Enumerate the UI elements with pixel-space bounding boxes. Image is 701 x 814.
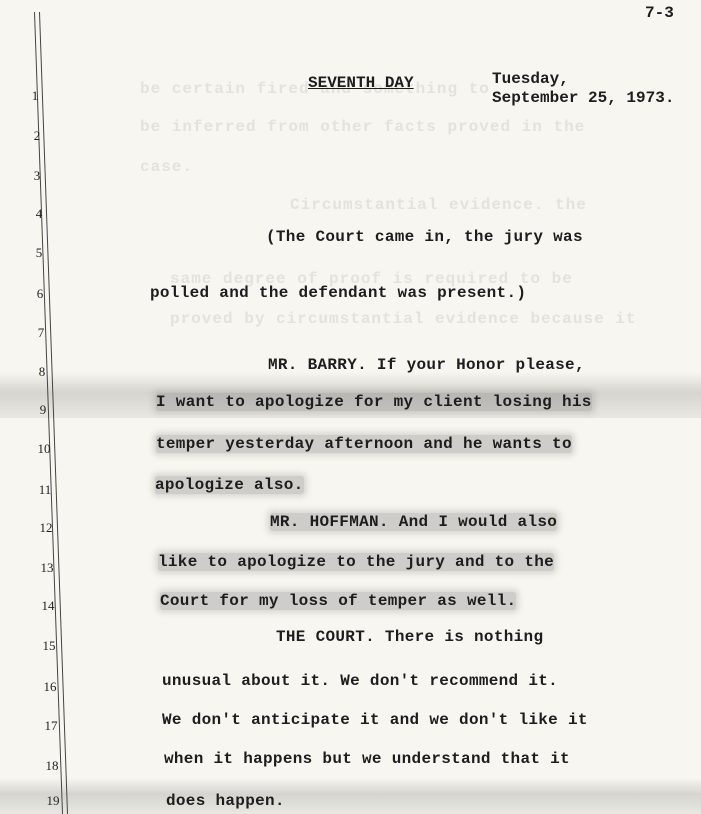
transcript-line: MR. BARRY. If your Honor please,	[268, 356, 585, 374]
date-block: Tuesday, September 25, 1973.	[492, 70, 674, 108]
line-number: 8	[27, 364, 57, 380]
transcript-line: does happen.	[166, 792, 285, 810]
bleed-through-text: be inferred from other facts proved in t…	[140, 118, 585, 136]
line-number: 18	[37, 758, 67, 774]
line-number: 4	[24, 206, 54, 222]
line-number: 2	[22, 128, 52, 144]
transcript-line: apologize also.	[155, 476, 304, 494]
transcript-line: MR. HOFFMAN. And I would also	[270, 513, 557, 531]
line-number: 1	[20, 88, 50, 104]
transcript-line: unusual about it. We don't recommend it.	[162, 672, 558, 690]
page-number: 7-3	[645, 4, 674, 22]
line-number: 6	[25, 286, 55, 302]
line-number: 7	[26, 325, 56, 341]
transcript-page: be certain fired and something to be inf…	[0, 0, 701, 814]
line-number: 3	[22, 168, 52, 184]
paper-fold-shadow	[0, 778, 701, 814]
line-number: 17	[36, 718, 66, 734]
bleed-through-text: proved by circumstantial evidence becaus…	[170, 310, 636, 328]
line-number: 10	[29, 441, 59, 457]
line-number: 15	[34, 638, 64, 654]
line-number: 19	[38, 793, 68, 809]
transcript-line: polled and the defendant was present.)	[150, 284, 526, 302]
transcript-line: (The Court came in, the jury was	[266, 228, 583, 246]
date-full: September 25, 1973.	[492, 89, 674, 108]
transcript-line: when it happens but we understand that i…	[164, 750, 570, 768]
bleed-through-text: case.	[140, 158, 193, 176]
day-title: SEVENTH DAY	[308, 74, 414, 92]
transcript-line: THE COURT. There is nothing	[276, 628, 543, 646]
bleed-through-text: Circumstantial evidence. the	[290, 196, 587, 214]
date-weekday: Tuesday,	[492, 70, 674, 89]
transcript-line: Court for my loss of temper as well.	[160, 592, 516, 610]
line-number: 14	[33, 598, 63, 614]
transcript-line: I want to apologize for my client losing…	[156, 393, 592, 411]
line-number: 12	[31, 520, 61, 536]
transcript-line: temper yesterday afternoon and he wants …	[156, 435, 572, 453]
line-number: 5	[24, 245, 54, 261]
line-number: 9	[28, 402, 58, 418]
transcript-line: We don't anticipate it and we don't like…	[162, 711, 588, 729]
transcript-line: like to apologize to the jury and to the	[158, 553, 554, 571]
line-number: 11	[30, 482, 60, 498]
line-number: 13	[32, 560, 62, 576]
line-number: 16	[35, 679, 65, 695]
